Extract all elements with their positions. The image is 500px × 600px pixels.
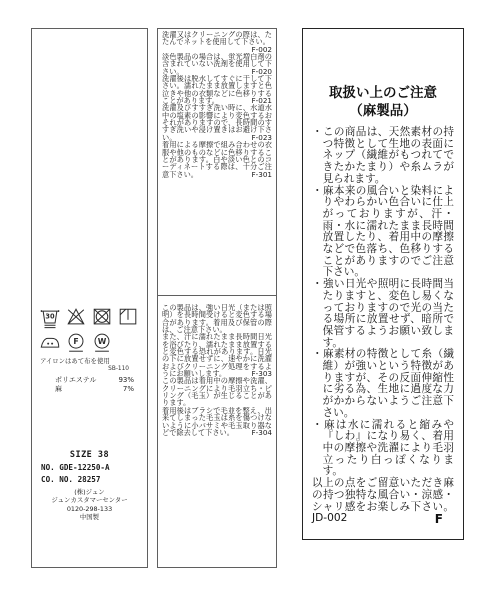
care-instruction-item: 淡色製品の場合は、蛍光増白剤の含まれていない洗剤を使用して下さい。F-020 (162, 53, 272, 75)
care-symbols-row-1: 30 (39, 305, 139, 330)
line-dry-in-shade-icon (117, 305, 139, 330)
care-instruction-item: 着用による摩擦で組み合わせの衣服や他のものなどに色移りすることがあります。白や淡… (162, 141, 272, 178)
care-instruction-item: この製品は、強い日光（または照明）を長時間受けると変色する場合があります。着用及… (162, 304, 272, 333)
instruction-code: F-021 (252, 97, 272, 104)
lot-code: SB-110 (108, 366, 129, 372)
svg-text:W: W (98, 337, 107, 346)
notice-title: 取扱い上のご注意 （麻製品） (303, 85, 463, 120)
instruction-code: F-303 (252, 370, 272, 377)
svg-text:F: F (73, 337, 78, 346)
care-label-photo: 30 (0, 0, 500, 600)
no-bleach-icon (65, 305, 87, 330)
care-notice-list: ・この商品は、天然素材の持つ特徴として生地の表面にネップ（繊維がもつれてできたか… (312, 127, 454, 478)
notice-bullet: ・麻本来の風合いと染料によりやわらかい色合いに仕上がっておりますが、汗・雨・水に… (312, 186, 454, 280)
wash-30-very-gentle-icon: 30 (39, 305, 61, 330)
composition-table: ポリエステル93%麻7% (55, 376, 134, 394)
notice-bullet: ・強い日光や照明に長時間当たりますと、変色し易くなっておりますので光の当たる場所… (312, 279, 454, 349)
linen-notice-tag: 取扱い上のご注意 （麻製品） ・この商品は、天然素材の持つ特徴として生地の表面に… (302, 28, 464, 540)
handling-instructions-list: この製品は、強い日光（または照明）を長時間受けると変色する場合があります。着用及… (158, 296, 276, 438)
care-symbols-row-2: F W (39, 330, 113, 355)
care-instruction-item: 洗濯又はクリーニングの際は、たたんでネットを使用して下さい。F-002 (162, 31, 272, 53)
instruction-label-tag: 洗濯又はクリーニングの際は、たたんでネットを使用して下さい。F-002淡色製品の… (157, 28, 277, 568)
size-label: SIZE 38 (32, 450, 147, 460)
maker-info: (株)ジュン ジュンカスタマーセンター 0120-298-133 中国製 (32, 488, 147, 522)
washing-instructions-list: 洗濯又はクリーニングの際は、たたんでネットを使用して下さい。F-002淡色製品の… (158, 29, 276, 296)
notice-bullet: ・この商品は、天然素材の持つ特徴として生地の表面にネップ（繊維がもつれてできたか… (312, 127, 454, 186)
notice-title-line1: 取扱い上のご注意 (303, 85, 463, 103)
customer-center: ジュンカスタマーセンター (32, 496, 147, 504)
closing-code: JD-002 (312, 512, 347, 524)
svg-text:30: 30 (45, 312, 55, 320)
care-instruction-item: 洗濯及びすすぎ洗い時に、水道水中の塩素の影響により変色するおそれがありますので、… (162, 104, 272, 141)
item-number: NO. GDE-12250-A (41, 463, 110, 472)
notice-bullet: ・麻は水に濡れると縮みや『しわ』になり易く、着用中の摩擦や洗濯により毛羽立ったり… (312, 420, 454, 479)
instruction-code: F-002 (252, 46, 272, 53)
co-number: CO. NO. 28257 (41, 475, 100, 484)
notice-bullet: ・麻素材の特徴として糸（繊維）が強いという特徴がありますが、その反面伸縮性に劣る… (312, 349, 454, 419)
iron-note: アイロンはあて布を使用 (40, 356, 110, 365)
country-of-origin: 中国製 (32, 513, 147, 521)
footer-mark: F (435, 512, 443, 526)
no-tumble-dry-icon (91, 305, 113, 330)
composition-label-tag: 30 (31, 28, 148, 568)
care-instruction-item: 洗濯後は脱水してすぐに干して下さい。濡れたまま放置しますと色泣きや他の衣類などに… (162, 75, 272, 104)
instruction-code: F-023 (252, 134, 272, 141)
composition-row: ポリエステル93% (55, 376, 134, 385)
care-instruction-item: また、汗に濡れたまま長時間日光を浴びたり、濡れたまま放置すると変色する恐れがあり… (162, 333, 272, 377)
notice-closing: 以上の点をご留意いただき麻の持つ独特な風合い・涼感・シャリ感をお楽しみ下さい。J… (312, 478, 454, 525)
instruction-code: F-304 (252, 429, 272, 436)
care-instruction-item: 着用後はブラシで毛並を整え、出来てしまった毛玉は糸を傷つけないように小バサミや毛… (162, 407, 272, 436)
care-instruction-item: この製品は着用中の摩擦や洗濯、クリーニングにより毛羽立ち・ピリング（毛玉）が生じ… (162, 377, 272, 406)
instruction-code: F-301 (252, 171, 272, 178)
closing-text: 以上の点をご留意いただき麻の持つ独特な風合い・涼感・シャリ感をお楽しみ下さい。 (312, 477, 454, 512)
composition-row: 麻7% (55, 385, 134, 394)
iron-two-dots-icon (39, 330, 61, 355)
phone-number: 0120-298-133 (32, 505, 147, 513)
notice-title-line2: （麻製品） (303, 103, 463, 121)
wet-clean-w-gentle-icon: W (91, 330, 113, 355)
instruction-code: F-020 (252, 68, 272, 75)
notice-body: ・この商品は、天然素材の持つ特徴として生地の表面にネップ（繊維がもつれてできたか… (303, 120, 463, 525)
dry-clean-f-gentle-icon: F (65, 330, 87, 355)
